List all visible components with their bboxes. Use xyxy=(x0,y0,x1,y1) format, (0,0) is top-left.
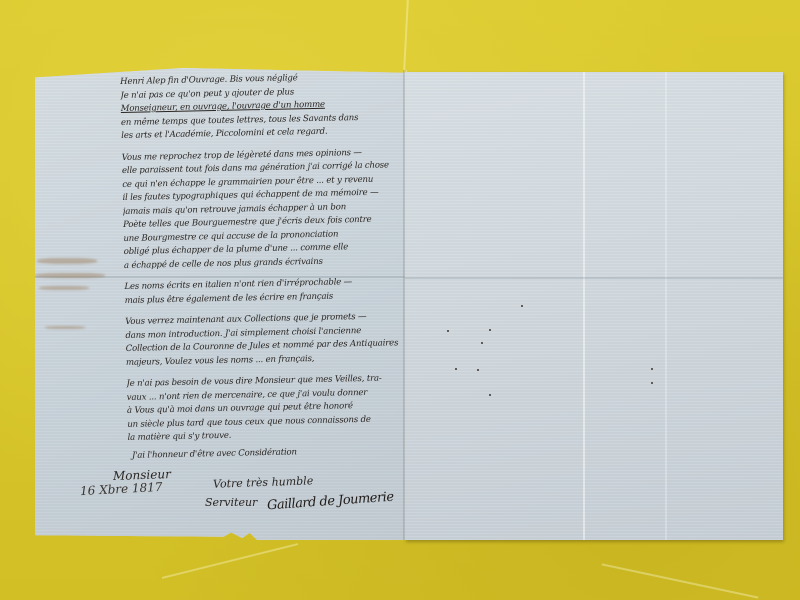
letter-right-page xyxy=(405,72,783,540)
valediction-line: Serviteur xyxy=(205,496,257,509)
backdrop-crease xyxy=(403,0,409,70)
paragraph: Vous verrez maintenant aux Collections q… xyxy=(125,310,411,370)
ink-bleed-stain xyxy=(35,273,105,278)
backdrop-crease xyxy=(602,563,759,598)
letter-date: 16 Xbre 1817 xyxy=(80,480,163,498)
text-line: J'ai l'honneur d'être avec Considération xyxy=(128,443,413,462)
ink-bleed-stain xyxy=(37,258,97,264)
ink-speck xyxy=(481,342,483,344)
paragraph: J'ai l'honneur d'être avec Considération xyxy=(128,443,413,462)
backdrop-crease xyxy=(162,543,298,579)
fold-crease xyxy=(665,72,667,540)
paragraph: Vous me reprochez trop de légèreté dans … xyxy=(122,146,409,273)
fold-crease xyxy=(405,277,783,279)
ink-bleed-stain xyxy=(39,286,89,290)
ink-speck xyxy=(447,330,449,332)
signature: Gaillard de Joumerie xyxy=(267,490,394,514)
ink-speck xyxy=(489,394,491,396)
letter-left-page: Henri Alep fin d'Ouvrage. Bis vous négli… xyxy=(35,68,405,540)
ink-speck xyxy=(455,368,457,370)
fold-crease xyxy=(583,72,585,540)
paragraph: Je n'ai pas besoin de vous dire Monsieur… xyxy=(126,372,412,445)
ink-speck xyxy=(651,368,653,370)
ink-speck xyxy=(521,305,523,307)
ink-speck xyxy=(477,369,479,371)
paragraph: Henri Alep fin d'Ouvrage. Bis vous négli… xyxy=(120,70,406,143)
ink-bleed-stain xyxy=(45,326,85,329)
valediction-line: Votre très humble xyxy=(213,474,314,490)
ink-speck xyxy=(489,329,491,331)
letter-body: Henri Alep fin d'Ouvrage. Bis vous négli… xyxy=(120,70,413,463)
ink-speck xyxy=(651,382,653,384)
